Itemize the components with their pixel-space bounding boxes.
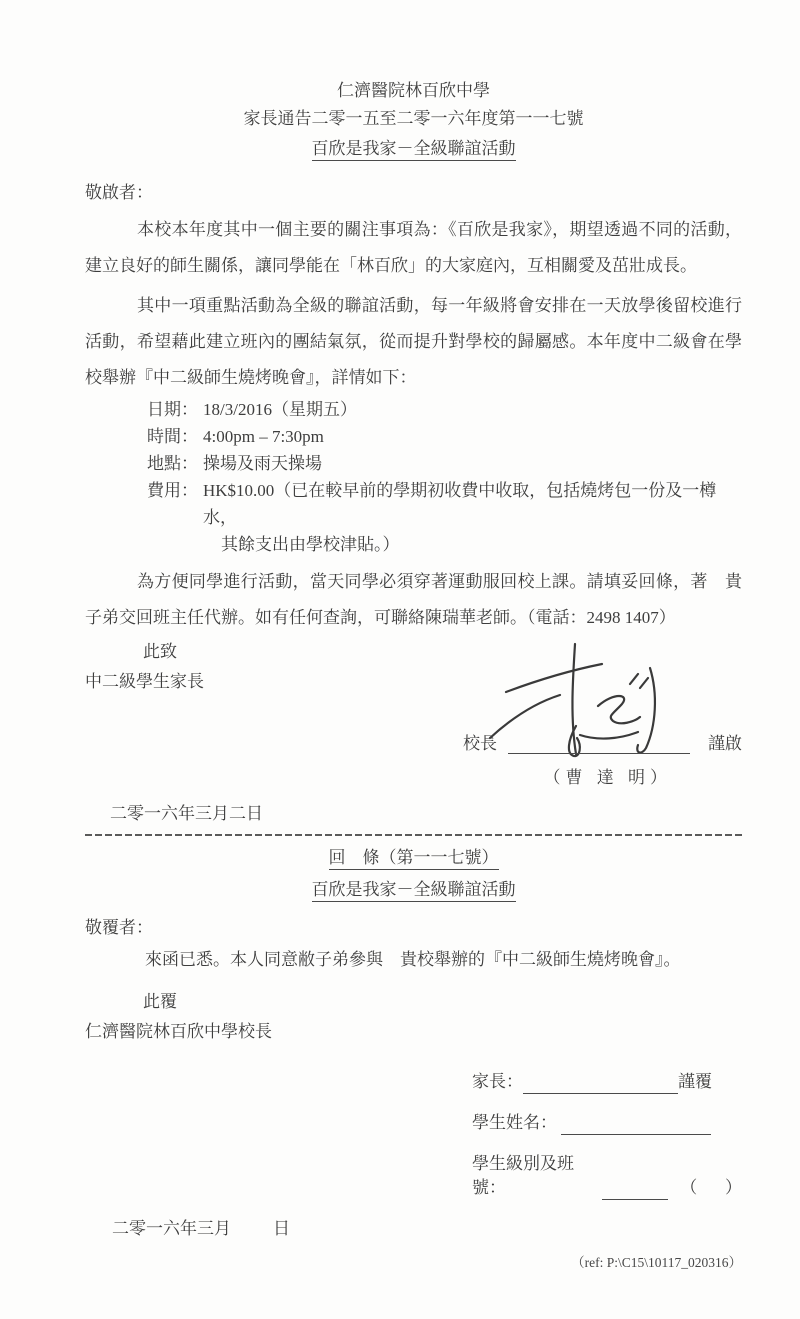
field-student-class: 學生級別及班號： （ ） — [472, 1152, 742, 1200]
respectfully-label: 謹啟 — [708, 729, 742, 754]
detail-row-time: 時間： 4:00pm – 7:30pm — [147, 423, 742, 450]
parent-respectfully-label: 謹覆 — [678, 1070, 712, 1094]
signature-line — [508, 737, 690, 754]
reply-form-fields: 家長： 謹覆 學生姓名： 學生級別及班號： （ ） — [472, 1070, 742, 1200]
paragraph-2: 其中一項重點活動為全級的聯誼活動，每一年級將會安排在一天放學後留校進行活動，希望… — [85, 288, 742, 396]
cut-line-divider — [85, 834, 742, 836]
class-paren-close: ） — [725, 1176, 742, 1200]
closing-this-to: 此致 — [143, 640, 742, 664]
school-name: 仁濟醫院林百欣中學 — [85, 80, 742, 102]
reply-this-reply: 此覆 — [143, 990, 742, 1014]
student-name-blank — [561, 1117, 711, 1135]
parent-label: 家長： — [472, 1070, 523, 1094]
detail-row-venue: 地點： 操場及雨天操場 — [147, 450, 742, 477]
notice-letter-page: 仁濟醫院林百欣中學 家長通告二零一五至二零一六年度第一一七號 百欣是我家－全級聯… — [0, 0, 800, 1319]
reply-slip-subject-text: 百欣是我家－全級聯誼活動 — [312, 880, 516, 902]
event-details-list: 日期： 18/3/2016（星期五） 時間： 4:00pm – 7:30pm 地… — [147, 396, 742, 558]
reply-recipient: 仁濟醫院林百欣中學校長 — [85, 1020, 742, 1044]
reply-date-prefix: 二零一六年三月 — [112, 1219, 231, 1238]
paragraph-3: 為方便同學進行活動，當天同學必須穿著運動服回校上課。請填妥回條，著 貴子弟交回班… — [85, 564, 742, 636]
notice-subject-text: 百欣是我家－全級聯誼活動 — [312, 139, 516, 161]
student-name-label: 學生姓名： — [472, 1111, 557, 1135]
reply-slip-subject: 百欣是我家－全級聯誼活動 — [85, 878, 742, 902]
detail-label-venue: 地點： — [147, 450, 203, 477]
detail-value-time: 4:00pm – 7:30pm — [203, 423, 742, 450]
detail-value-venue: 操場及雨天操場 — [203, 450, 742, 477]
reply-salutation: 敬覆者： — [85, 916, 742, 940]
letter-date: 二零一六年三月二日 — [110, 802, 742, 826]
reply-slip-title: 回 條（第一一七號） — [85, 846, 742, 870]
closing-recipient: 中二級學生家長 — [85, 670, 742, 694]
student-class-label: 學生級別及班號： — [472, 1152, 598, 1200]
student-class-blank — [602, 1182, 669, 1200]
principal-label: 校長 — [463, 729, 497, 754]
signature-line-row: 校長 謹啟 — [463, 729, 742, 754]
file-reference: （ref: P:\C15\10117_020316） — [85, 1251, 742, 1271]
detail-label-time: 時間： — [147, 423, 203, 450]
field-student-name: 學生姓名： — [472, 1111, 742, 1135]
field-parent-signature: 家長： 謹覆 — [472, 1070, 742, 1094]
principal-name: （曹 達 明） — [544, 763, 673, 788]
notice-number-line: 家長通告二零一五至二零一六年度第一一七號 — [85, 108, 742, 130]
detail-label-fee: 費用： — [147, 477, 203, 558]
detail-value-fee-line2: 其餘支出由學校津貼。） — [203, 531, 742, 558]
salutation: 敬啟者： — [85, 182, 742, 204]
parent-signature-blank — [523, 1076, 678, 1094]
detail-value-date: 18/3/2016（星期五） — [203, 396, 742, 423]
notice-subject: 百欣是我家－全級聯誼活動 — [85, 138, 742, 160]
reply-date-suffix: 日 — [273, 1219, 290, 1238]
detail-label-date: 日期： — [147, 396, 203, 423]
detail-row-date: 日期： 18/3/2016（星期五） — [147, 396, 742, 423]
paragraph-1: 本校本年度其中一個主要的關注事項為：《百欣是我家》，期望透過不同的活動，建立良好… — [85, 212, 742, 284]
signature-block: 校長 謹啟 （曹 達 明） — [85, 694, 742, 802]
class-paren-open: （ — [680, 1176, 697, 1200]
detail-value-fee: HK$10.00（已在較早前的學期初收費中收取，包括燒烤包一份及一樽水， 其餘支… — [203, 477, 742, 558]
reply-slip-title-text: 回 條（第一一七號） — [329, 848, 499, 870]
detail-value-fee-line1: HK$10.00（已在較早前的學期初收費中收取，包括燒烤包一份及一樽水， — [203, 481, 716, 527]
reply-date-line: 二零一六年三月日 — [112, 1217, 742, 1241]
reply-body: 來函已悉。本人同意敝子弟參與 貴校舉辦的『中二級師生燒烤晚會』。 — [85, 948, 742, 972]
detail-row-fee: 費用： HK$10.00（已在較早前的學期初收費中收取，包括燒烤包一份及一樽水，… — [147, 477, 742, 558]
